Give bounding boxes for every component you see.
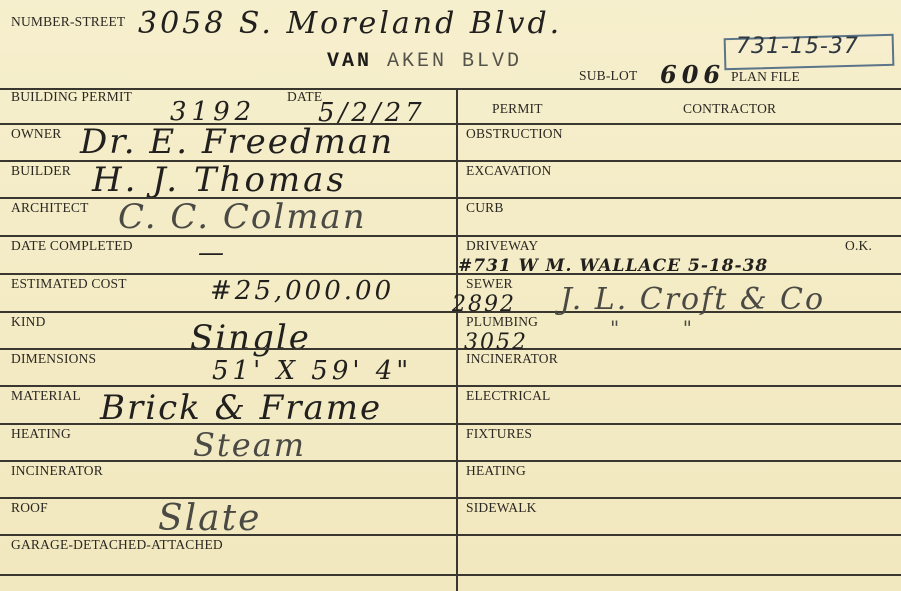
row-rule [456,123,901,125]
permit-column-header: PERMIT [492,101,543,117]
field-value: Slate [158,498,261,539]
field-label-material: MATERIAL [11,388,81,404]
plumbing-permit-number: 3052 [464,330,528,355]
field-value: Brick & Frame [100,388,382,428]
building-permit-card: NUMBER-STREET 3058 S. Moreland Blvd. VAN… [0,0,901,591]
column-divider [456,88,458,591]
field-label-kind: KIND [11,314,46,330]
permit-label-obstruction: OBSTRUCTION [466,126,563,142]
contractor-column-header: CONTRACTOR [683,101,776,117]
sewer-contractor: J. L. Croft & Co [560,282,825,317]
field-label-architect: ARCHITECT [11,200,89,216]
plan-file-label: PLAN FILE [731,69,800,85]
field-label-incinerator: INCINERATOR [11,463,103,479]
field-value: Single [190,318,311,358]
row-rule [456,385,901,387]
street-stamp-rest: AKEN BLVD [387,50,522,73]
bottom-rule [0,574,901,576]
plumbing-contractor-ditto: " " [610,316,692,340]
row-rule [0,235,456,237]
sewer-permit-number: 2892 [452,292,516,317]
field-value: Dr. E. Freedman [80,122,394,162]
field-label-garage-detached-attached: GARAGE-DETACHED-ATTACHED [11,537,223,553]
field-label-date-completed: DATE COMPLETED [11,238,133,254]
row-rule [0,273,456,275]
plan-file-value: 731-15-37 [736,34,859,59]
field-label-builder: BUILDER [11,163,71,179]
row-rule [0,348,456,350]
row-rule [0,423,456,425]
permit-label-electrical: ELECTRICAL [466,388,551,404]
field-label-building-permit: BUILDING PERMIT [11,89,132,105]
street-stamp: VAN AKEN BLVD [327,50,522,73]
permit-label-driveway: DRIVEWAY [466,238,538,254]
number-street-value: 3058 S. Moreland Blvd. [138,6,562,41]
top-rule [0,88,901,90]
sublot-value: 606 [660,60,725,89]
field-label-roof: ROOF [11,500,48,516]
field-label-dimensions: DIMENSIONS [11,351,96,367]
field-label-heating: HEATING [11,426,71,442]
field-value: — [198,238,224,268]
row-rule [0,534,456,536]
row-rule [456,160,901,162]
field-value: C. C. Colman [118,197,367,237]
permit-label-excavation: EXCAVATION [466,163,552,179]
driveway-contractor: #731 W M. WALLACE 5-18-38 [458,256,768,276]
permit-label-sidewalk: SIDEWALK [466,500,537,516]
driveway-status: O.K. [845,238,872,254]
row-rule [456,460,901,462]
field-label-estimated-cost: ESTIMATED COST [11,276,127,292]
row-rule [456,534,901,536]
permit-label-curb: CURB [466,200,504,216]
row-rule [456,235,901,237]
field-value: #25,000.00 [210,276,394,306]
street-stamp-prefix: VAN [327,50,372,73]
field-label-owner: OWNER [11,126,62,142]
row-rule [0,460,456,462]
number-street-label: NUMBER-STREET [11,14,125,30]
sublot-label: SUB-LOT [579,68,637,84]
field-value: H. J. Thomas [92,160,347,200]
field-value: Steam [193,426,306,464]
row-rule [456,497,901,499]
row-rule [456,197,901,199]
field-value: 51' X 59' 4" [212,356,412,386]
permit-label-fixtures: FIXTURES [466,426,532,442]
permit-label-sewer: SEWER [466,276,513,292]
permit-label-heating: HEATING [466,463,526,479]
permit-date-label: DATE [287,89,322,105]
row-rule [0,385,456,387]
row-rule [456,423,901,425]
row-rule [0,311,456,313]
